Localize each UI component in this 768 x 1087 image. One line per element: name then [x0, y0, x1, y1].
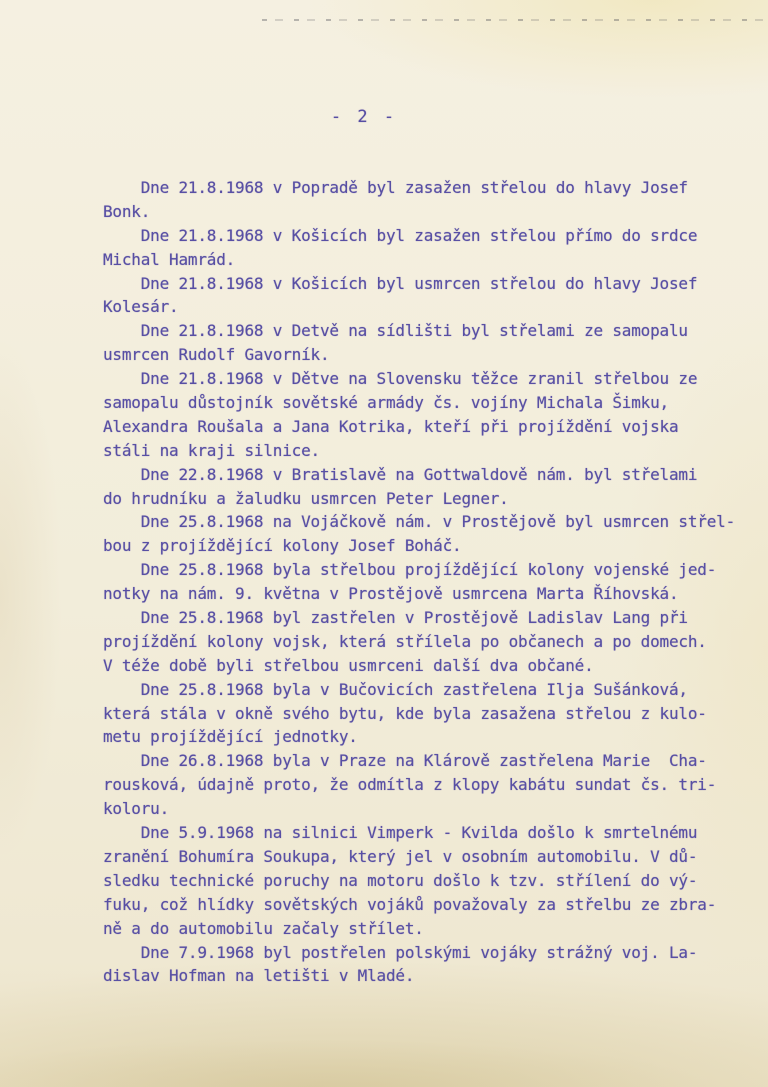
text-line: Dne 21.8.1968 v Košicích byl zasažen stř…: [103, 224, 753, 248]
text-line: fuku, což hlídky sovětských vojáků považ…: [103, 893, 753, 917]
text-line: projíždění kolony vojsk, která střílela …: [103, 630, 753, 654]
text-line: Dne 21.8.1968 v Detvě na sídlišti byl st…: [103, 319, 753, 343]
text-line: Bonk.: [103, 200, 753, 224]
text-line: usmrcen Rudolf Gavorník.: [103, 343, 753, 367]
scan-artifact-dashed-line: [262, 19, 768, 21]
document-body: Dne 21.8.1968 v Popradě byl zasažen stře…: [103, 176, 753, 988]
text-line: která stála v okně svého bytu, kde byla …: [103, 702, 753, 726]
text-line: samopalu důstojník sovětské armády čs. v…: [103, 391, 753, 415]
text-line: Dne 25.8.1968 na Vojáčkově nám. v Prostě…: [103, 510, 753, 534]
text-line: zranění Bohumíra Soukupa, který jel v os…: [103, 845, 753, 869]
text-line: Dne 22.8.1968 v Bratislavě na Gottwaldov…: [103, 463, 753, 487]
text-line: notky na nám. 9. května v Prostějově usm…: [103, 582, 753, 606]
text-line: Dne 26.8.1968 byla v Praze na Klárově za…: [103, 749, 753, 773]
text-line: Michal Hamrád.: [103, 248, 753, 272]
text-line: do hrudníku a žaludku usmrcen Peter Legn…: [103, 487, 753, 511]
text-line: bou z projíždějící kolony Josef Boháč.: [103, 534, 753, 558]
page-number: - 2 -: [0, 107, 728, 127]
text-line: stáli na kraji silnice.: [103, 439, 753, 463]
text-line: Dne 5.9.1968 na silnici Vimperk - Kvilda…: [103, 821, 753, 845]
text-line: Dne 7.9.1968 byl postřelen polskými vojá…: [103, 941, 753, 965]
text-line: Kolesár.: [103, 295, 753, 319]
text-line: dislav Hofman na letišti v Mladé.: [103, 964, 753, 988]
text-line: ně a do automobilu začaly střílet.: [103, 917, 753, 941]
document-page: - 2 - Dne 21.8.1968 v Popradě byl zasaže…: [0, 0, 768, 1087]
text-line: V téže době byli střelbou usmrceni další…: [103, 654, 753, 678]
text-line: rousková, údajně proto, že odmítla z klo…: [103, 773, 753, 797]
text-line: Dne 25.8.1968 byla v Bučovicích zastřele…: [103, 678, 753, 702]
paper-stain: [0, 1017, 768, 1087]
text-line: koloru.: [103, 797, 753, 821]
text-line: Dne 21.8.1968 v Košicích byl usmrcen stř…: [103, 272, 753, 296]
text-line: Alexandra Roušala a Jana Kotrika, kteří …: [103, 415, 753, 439]
text-line: Dne 25.8.1968 byla střelbou projíždějící…: [103, 558, 753, 582]
text-line: Dne 21.8.1968 v Dětve na Slovensku těžce…: [103, 367, 753, 391]
text-line: Dne 21.8.1968 v Popradě byl zasažen stře…: [103, 176, 753, 200]
text-line: Dne 25.8.1968 byl zastřelen v Prostějově…: [103, 606, 753, 630]
text-line: sledku technické poruchy na motoru došlo…: [103, 869, 753, 893]
text-line: metu projíždějící jednotky.: [103, 725, 753, 749]
